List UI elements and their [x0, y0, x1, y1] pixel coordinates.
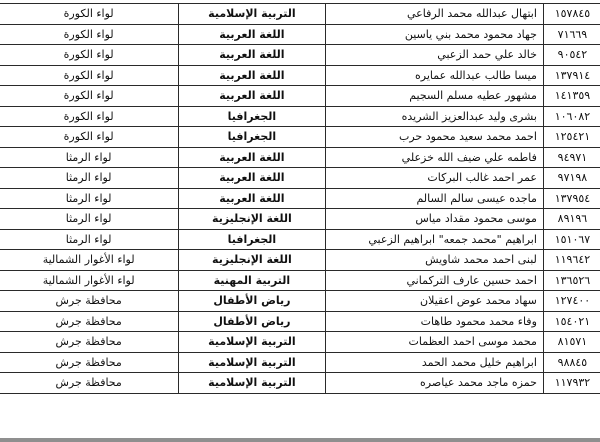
id-cell: ١٣٧٩٥٤	[543, 188, 600, 209]
subject-cell: التربية الإسلامية	[179, 332, 325, 353]
table-row: محافظة جرشالتربية الإسلاميةمحمد موسى احم…	[0, 332, 600, 353]
name-cell: حمزه ماجد محمد عياصره	[325, 373, 543, 394]
id-cell: ٩٤٩٧١	[543, 147, 600, 168]
subject-cell: رياض الأطفال	[179, 291, 325, 312]
name-cell: بشرى وليد عبدالعزيز الشريده	[325, 106, 543, 127]
table-row: لواء الكورةاللغة العربيةخالد علي حمد الز…	[0, 45, 600, 66]
directorate-cell: محافظة جرش	[0, 373, 179, 394]
id-cell: ٩٨٨٤٥	[543, 352, 600, 373]
id-cell: ٨٩١٩٦	[543, 209, 600, 230]
id-cell: ٩٧١٩٨	[543, 168, 600, 189]
name-cell: لبنى احمد محمد شاويش	[325, 250, 543, 271]
table-row: لواء الكورةالجغرافيااحمد محمد سعيد محمود…	[0, 127, 600, 148]
directorate-cell: لواء الكورة	[0, 106, 179, 127]
table-row: لواء الأغوار الشماليةالتربية المهنيةاحمد…	[0, 270, 600, 291]
directorate-cell: لواء الأغوار الشمالية	[0, 250, 179, 271]
name-cell: خالد علي حمد الزعبي	[325, 45, 543, 66]
id-cell: ١١٩٦٤٢	[543, 250, 600, 271]
directorate-cell: لواء الكورة	[0, 65, 179, 86]
subject-cell: اللغة العربية	[179, 86, 325, 107]
table-row: لواء الرمثاالجغرافياابراهيم "محمد جمعه" …	[0, 229, 600, 250]
directorate-cell: محافظة جرش	[0, 332, 179, 353]
name-cell: احمد محمد سعيد محمود حرب	[325, 127, 543, 148]
name-cell: ابتهال عبدالله محمد الرفاعي	[325, 4, 543, 25]
id-cell: ٧١٦٦٩	[543, 24, 600, 45]
name-cell: ماجده عيسى سالم السالم	[325, 188, 543, 209]
subject-cell: الجغرافيا	[179, 229, 325, 250]
id-cell: ١٥١٠٦٧	[543, 229, 600, 250]
table-row: محافظة جرشرياض الأطفالوفاء محمد محمود طا…	[0, 311, 600, 332]
id-cell: ٨١٥٧١	[543, 332, 600, 353]
id-cell: ١٢٥٤٢١	[543, 127, 600, 148]
id-cell: ١٢٧٤٠٠	[543, 291, 600, 312]
directorate-cell: محافظة جرش	[0, 352, 179, 373]
subject-cell: اللغة العربية	[179, 65, 325, 86]
id-cell: ١١٧٩٣٢	[543, 373, 600, 394]
subject-cell: اللغة العربية	[179, 188, 325, 209]
table-body: لواء الكورةالتربية الإسلاميةابتهال عبدال…	[0, 4, 600, 394]
name-cell: جهاد محمود محمد بني ياسين	[325, 24, 543, 45]
id-cell: ٩٠٥٤٢	[543, 45, 600, 66]
id-cell: ١٣٦٥٢٦	[543, 270, 600, 291]
table-row: لواء الرمثااللغة العربيةفاطمه علي ضيف ال…	[0, 147, 600, 168]
document-page: لواء الكورةالتربية الإسلاميةابتهال عبدال…	[0, 0, 600, 442]
name-cell: ابراهيم خليل محمد الحمد	[325, 352, 543, 373]
directorate-cell: لواء الكورة	[0, 45, 179, 66]
name-cell: وفاء محمد محمود طاهات	[325, 311, 543, 332]
name-cell: موسى محمود مقداد مياس	[325, 209, 543, 230]
subject-cell: اللغة الإنجليزية	[179, 250, 325, 271]
table-row: محافظة جرشالتربية الإسلاميةحمزه ماجد محم…	[0, 373, 600, 394]
directorate-cell: محافظة جرش	[0, 291, 179, 312]
directorate-cell: لواء الكورة	[0, 24, 179, 45]
table-row: لواء الرمثااللغة العربيةعمر احمد غالب ال…	[0, 168, 600, 189]
table-row: لواء الكورةاللغة العربيةميسا طالب عبدالل…	[0, 65, 600, 86]
directorate-cell: لواء الكورة	[0, 127, 179, 148]
directorate-cell: لواء الرمثا	[0, 168, 179, 189]
table-row: لواء الرمثااللغة الإنجليزيةموسى محمود مق…	[0, 209, 600, 230]
id-cell: ١٠٦٠٨٢	[543, 106, 600, 127]
subject-cell: التربية الإسلامية	[179, 373, 325, 394]
page-bottom-edge	[0, 438, 600, 442]
table-row: محافظة جرشرياض الأطفالسهاد محمد عوض اعقي…	[0, 291, 600, 312]
directorate-cell: لواء الكورة	[0, 4, 179, 25]
name-cell: سهاد محمد عوض اعقيلان	[325, 291, 543, 312]
name-cell: احمد حسين عارف التركماني	[325, 270, 543, 291]
subject-cell: رياض الأطفال	[179, 311, 325, 332]
subject-cell: اللغة العربية	[179, 168, 325, 189]
name-cell: عمر احمد غالب البركات	[325, 168, 543, 189]
directorate-cell: لواء الكورة	[0, 86, 179, 107]
directorate-cell: محافظة جرش	[0, 311, 179, 332]
id-cell: ١٥٧٨٤٥	[543, 4, 600, 25]
directorate-cell: لواء الرمثا	[0, 147, 179, 168]
table-row: لواء الكورةاللغة العربيةمشهور عطيه مسلم …	[0, 86, 600, 107]
table-row: لواء الأغوار الشماليةاللغة الإنجليزيةلبن…	[0, 250, 600, 271]
table-row: لواء الكورةالجغرافيابشرى وليد عبدالعزيز …	[0, 106, 600, 127]
directorate-cell: لواء الرمثا	[0, 229, 179, 250]
table-row: محافظة جرشالتربية الإسلاميةابراهيم خليل …	[0, 352, 600, 373]
table-row: لواء الكورةاللغة العربيةجهاد محمود محمد …	[0, 24, 600, 45]
subject-cell: اللغة العربية	[179, 147, 325, 168]
id-cell: ١٣٧٩١٤	[543, 65, 600, 86]
id-cell: ١٤١٣٥٩	[543, 86, 600, 107]
directorate-cell: لواء الرمثا	[0, 188, 179, 209]
subject-cell: التربية المهنية	[179, 270, 325, 291]
appointments-table: لواء الكورةالتربية الإسلاميةابتهال عبدال…	[0, 3, 600, 394]
subject-cell: الجغرافيا	[179, 127, 325, 148]
subject-cell: اللغة العربية	[179, 24, 325, 45]
name-cell: ابراهيم "محمد جمعه" ابراهيم الزعبي	[325, 229, 543, 250]
name-cell: فاطمه علي ضيف الله خزعلي	[325, 147, 543, 168]
subject-cell: التربية الإسلامية	[179, 352, 325, 373]
subject-cell: الجغرافيا	[179, 106, 325, 127]
table-row: لواء الكورةالتربية الإسلاميةابتهال عبدال…	[0, 4, 600, 25]
subject-cell: اللغة العربية	[179, 45, 325, 66]
subject-cell: التربية الإسلامية	[179, 4, 325, 25]
name-cell: محمد موسى احمد العظمات	[325, 332, 543, 353]
name-cell: ميسا طالب عبدالله عمايره	[325, 65, 543, 86]
id-cell: ١٥٤٠٢١	[543, 311, 600, 332]
subject-cell: اللغة الإنجليزية	[179, 209, 325, 230]
table-row: لواء الرمثااللغة العربيةماجده عيسى سالم …	[0, 188, 600, 209]
directorate-cell: لواء الرمثا	[0, 209, 179, 230]
name-cell: مشهور عطيه مسلم السجيم	[325, 86, 543, 107]
directorate-cell: لواء الأغوار الشمالية	[0, 270, 179, 291]
